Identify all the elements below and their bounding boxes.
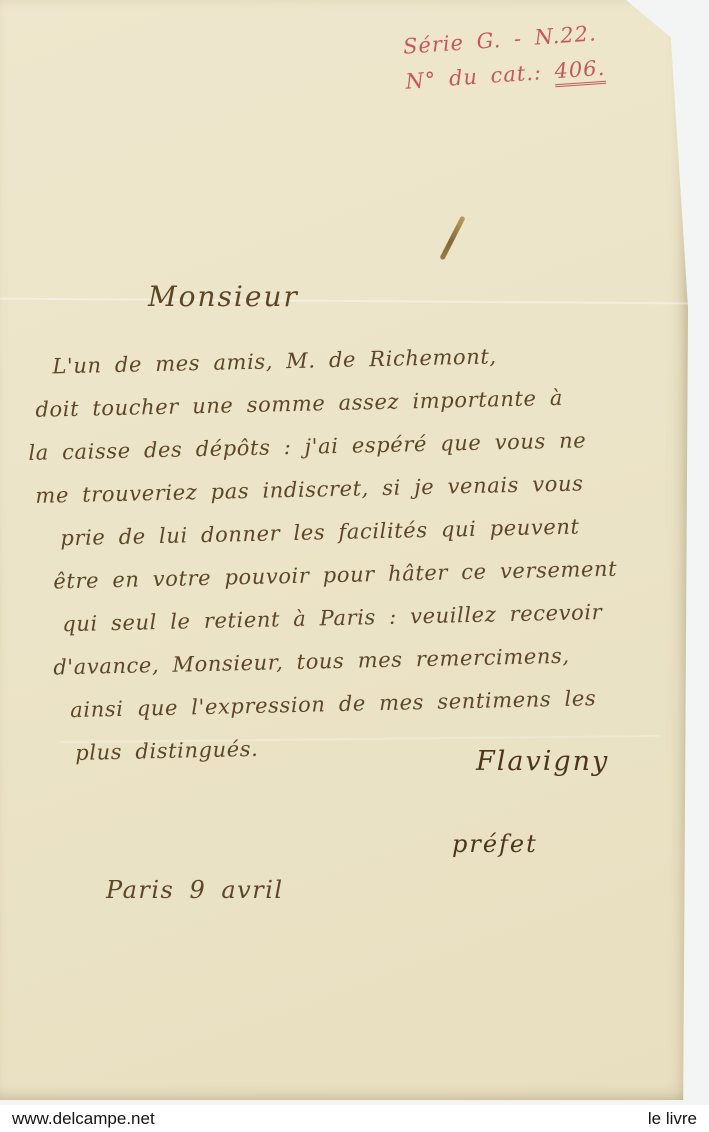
annotation-catalog-label: N° du cat.: [405,59,556,93]
signature-title: préfet [452,830,538,858]
dateline: Paris 9 avril [106,876,284,904]
signature: Flavigny [476,746,609,777]
watermark-bar: www.delcampe.net le livre [0,1105,709,1132]
letter-scan: Série G. - N.22. N° du cat.: 406. Monsie… [0,0,709,1132]
salutation: Monsieur [148,280,299,313]
letter-body: L'un de mes amis, M. de Richemont, doit … [26,331,676,775]
watermark-edition: le livre [648,1109,697,1129]
watermark-site: www.delcampe.net [12,1109,155,1129]
annotation-catalog-number: 406. [554,56,607,87]
